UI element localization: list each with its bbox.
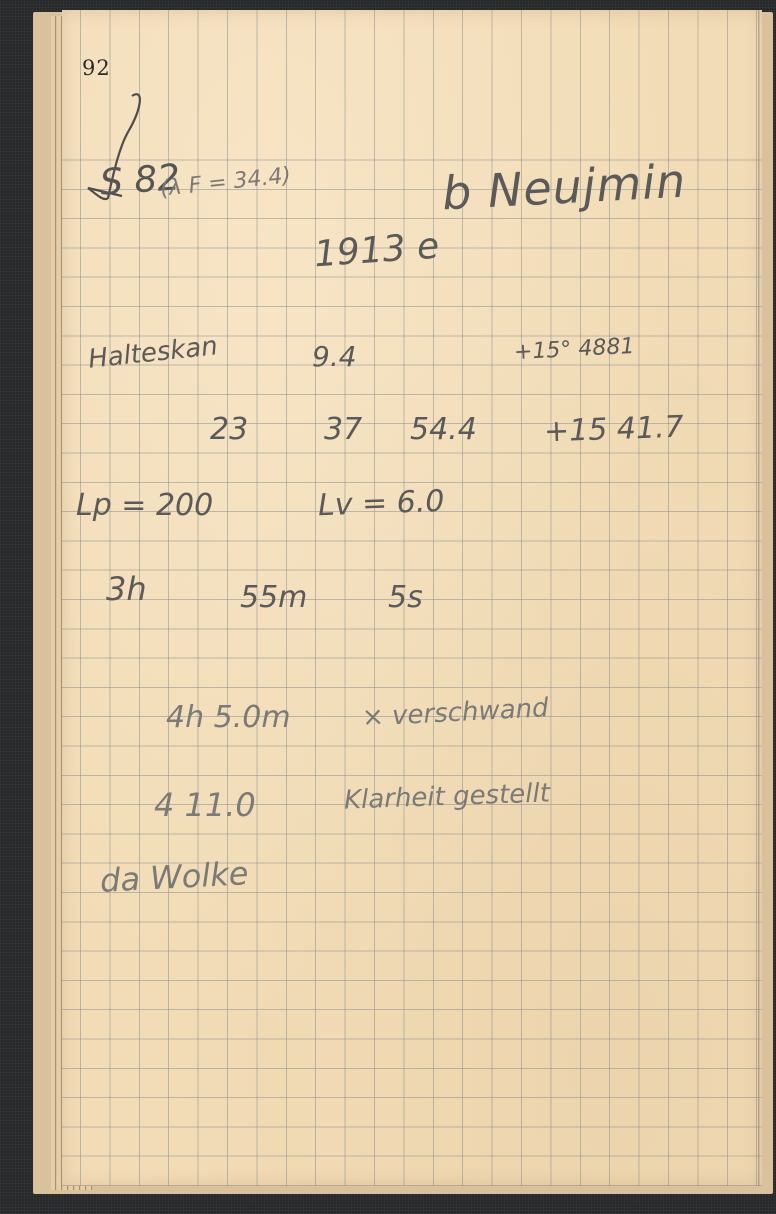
note-2-time: 4 11.0 — [154, 786, 256, 824]
time-minutes: 55m — [240, 580, 307, 615]
ra-hours: 23 — [210, 412, 248, 447]
time-seconds: 5s — [388, 580, 423, 615]
note-3-text: da Wolke — [99, 854, 249, 900]
grid-horizontal-lines — [62, 148, 762, 1186]
notebook-page: 92 S 82 (λ F = 34.4) b Neujmin 1913 e Ha… — [62, 10, 762, 1186]
page-edge — [51, 16, 56, 1190]
declination: +15 41.7 — [543, 410, 684, 450]
ra-seconds: 54.4 — [410, 412, 477, 447]
note-1-time: 4h 5.0m — [166, 700, 291, 735]
page-number: 92 — [82, 56, 111, 80]
time-hours: 3h — [106, 570, 147, 608]
magnitude: 9.4 — [312, 340, 357, 373]
lv-value: Lv = 6.0 — [317, 484, 445, 523]
comet-year: 1913 e — [313, 226, 441, 276]
lp-value: Lp = 200 — [76, 488, 213, 523]
ra-minutes: 37 — [324, 412, 362, 447]
page-fold — [758, 10, 761, 1186]
